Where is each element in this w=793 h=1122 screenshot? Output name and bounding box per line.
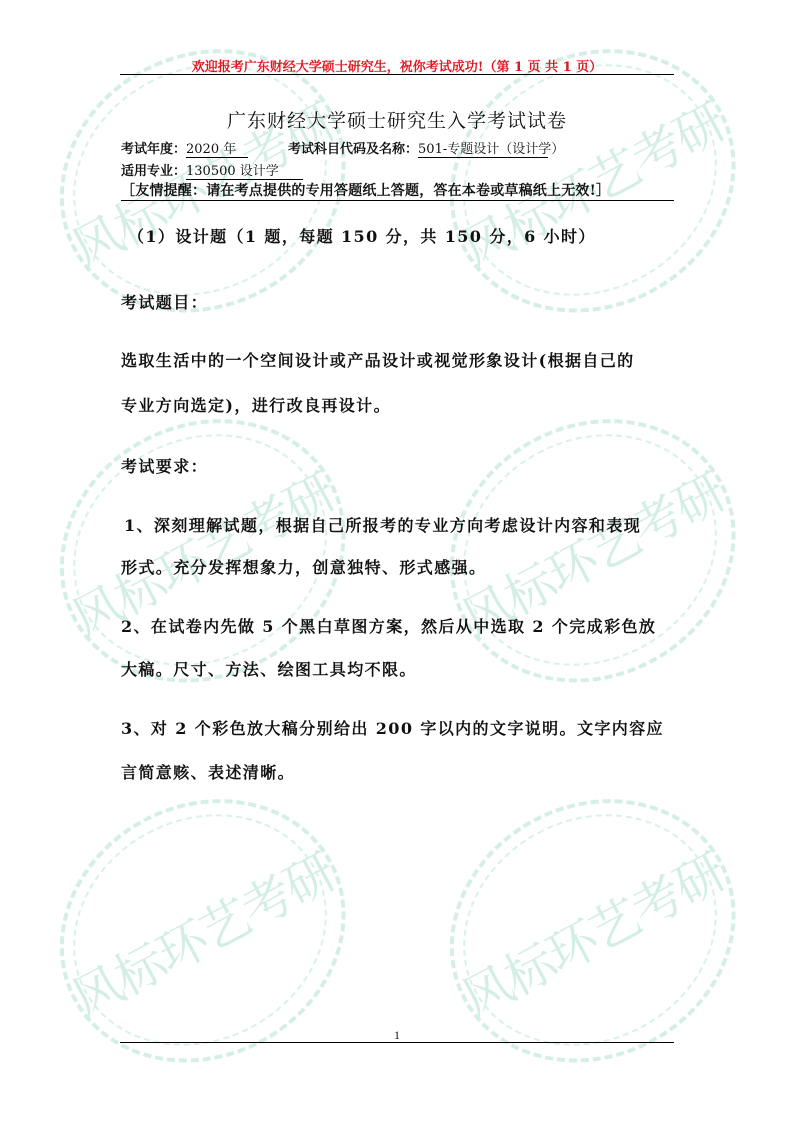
requirement-item-3-line: 3、对 2 个彩色放大稿分别给出 200 字以内的文字说明。文字内容应 [121,716,675,739]
requirement-item-2-line: 2、在试卷内先做 5 个黑白草图方案，然后从中选取 2 个完成彩色放 [121,614,675,637]
footer-rule [120,1042,674,1043]
year-label: 考试年度： [121,142,186,157]
requirements-label: 考试要求： [121,454,675,477]
subject-value: 501-专题设计（设计学） [418,143,548,158]
major-meta-row: 适用专业：130500 设计学 [121,160,303,180]
requirement-item-1-line: 1、深刻理解试题，根据自己所报考的专业方向考虑设计内容和表现 [124,513,678,536]
header-banner: 欢迎报考广东财经大学硕士研究生，祝你考试成功!（第 1 页 共 1 页） [120,56,674,75]
page-number: 1 [120,1028,674,1043]
question-text-line: 专业方向选定)，进行改良再设计。 [121,393,675,416]
document-title: 广东财经大学硕士研究生入学考试试卷 [120,106,674,133]
question-label: 考试题目： [121,290,675,313]
year-value: 2020 年 [186,143,248,158]
major-label: 适用专业： [121,164,186,179]
subject-label: 考试科目代码及名称： [288,142,418,157]
requirement-item-3-line: 言简意赅、表述清晰。 [121,760,675,783]
requirement-item-2-line: 大稿。尺寸、方法、绘图工具均不限。 [121,657,675,680]
header-rule [120,74,674,75]
major-value: 130500 设计学 [186,165,303,180]
exam-meta-row: 考试年度：2020 年考试科目代码及名称：501-专题设计（设计学） [121,138,548,158]
exam-page: 欢迎报考广东财经大学硕士研究生，祝你考试成功!（第 1 页 共 1 页） 广东财… [0,0,793,1122]
notice-reminder: ［友情提醒：请在考点提供的专用答题纸上答题，答在本卷或草稿纸上无效!］ [121,180,674,201]
section-heading: （1）设计题（1 题，每题 150 分，共 150 分，6 小时） [128,224,682,247]
question-text-line: 选取生活中的一个空间设计或产品设计或视觉形象设计(根据自己的 [121,348,675,371]
requirement-item-1-line: 形式。充分发挥想象力，创意独特、形式感强。 [121,555,675,578]
